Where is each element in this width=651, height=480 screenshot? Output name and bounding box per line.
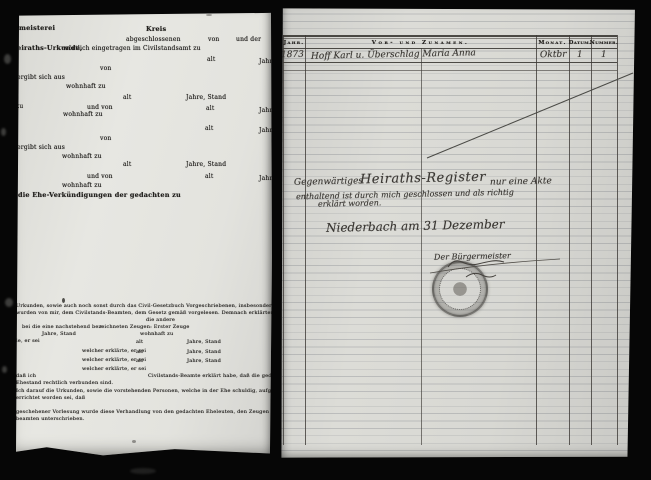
table-border-right	[617, 35, 618, 445]
form-fragment: Jahre,	[259, 108, 272, 114]
table-rule	[283, 62, 617, 63]
closing-note-line1-end: nur eine Akte	[490, 176, 552, 187]
form-fragment: alt	[136, 339, 143, 345]
form-fragment: Jahre, Stand	[186, 162, 226, 168]
form-fragment: abgeschlossenen	[126, 37, 181, 43]
table-column-line	[591, 35, 592, 445]
form-fragment: alt	[136, 358, 143, 364]
table-border-top	[283, 35, 617, 37]
table-column-line	[305, 35, 306, 445]
form-fragment: Jahre,	[259, 59, 272, 65]
form-fragment: ergibt sich aus	[17, 75, 65, 81]
form-fragment: Kreis	[146, 26, 166, 32]
form-fragment: die Ehe-Verkündigungen der gedachten zu	[18, 192, 181, 198]
table-border-left	[283, 35, 284, 445]
form-fragment: alt	[205, 126, 214, 132]
table-column-line	[569, 35, 570, 445]
scan-edge-blob	[130, 468, 156, 474]
form-fragment: wohnhaft zu	[63, 112, 103, 118]
left-page-print: meistereiKreisabgeschlossenenvonund dere…	[16, 12, 272, 458]
entry-year: 1873	[281, 50, 304, 60]
ink-smudge	[62, 298, 65, 303]
official-seal-stamp	[432, 261, 488, 317]
form-fragment: alt	[123, 95, 132, 101]
form-fragment: und von	[87, 174, 113, 180]
column-header-datum: Datum.	[569, 38, 591, 48]
form-fragment: wohnhaft zu	[62, 154, 102, 160]
closing-note-line1-start: Gegenwärtiges	[294, 176, 363, 187]
form-fragment: von	[100, 66, 111, 72]
form-fragment: wohnhaft zu	[66, 84, 106, 90]
scan-edge-blob	[1, 128, 6, 136]
form-fragment: meisterei	[19, 25, 55, 31]
form-fragment: alt	[136, 349, 143, 355]
entry-names: Hoff Karl u. Überschlag Maria Anna	[311, 48, 476, 61]
form-fragment: beamten unterschrieben.	[16, 416, 85, 422]
scanned-register-document: { "left_page": { "fragments": [ {"t":"me…	[0, 0, 651, 480]
form-fragment: Jahre, Stand	[42, 331, 76, 337]
signer-title: Der Bürgermeister	[434, 251, 511, 262]
form-fragment: Ich darauf die Urkunden, sowie die vorst…	[16, 388, 272, 394]
ink-smudge	[132, 440, 136, 443]
form-fragment: wohnhaft zu	[140, 331, 173, 337]
form-fragment: welcher erklärte, er sei	[82, 366, 146, 372]
entry-month: Oktbr	[540, 50, 567, 61]
form-fragment: wohnhaft zu	[62, 183, 102, 189]
form-fragment: daß ich	[16, 373, 36, 379]
form-fragment: Urkunden, sowie auch noch sonst durch da…	[16, 303, 272, 309]
column-header-monat: Monat.	[536, 38, 569, 48]
entry-number: 1	[601, 50, 607, 60]
ink-smudge	[100, 325, 102, 328]
entry-day: 1	[577, 50, 583, 60]
form-fragment: Ehestand rechtlich verbunden sind.	[16, 380, 113, 386]
cancellation-line	[427, 73, 633, 158]
seal-inner-ring	[439, 268, 481, 310]
column-header-jahr: Jahr.	[283, 38, 305, 48]
form-fragment: le, er sei	[16, 338, 40, 344]
closing-note-line1-register: Heiraths-Register	[360, 170, 486, 188]
table-column-line	[536, 35, 537, 445]
form-fragment: von	[100, 136, 111, 142]
place-date-line: Niederbach am 31 Dezember	[326, 217, 505, 235]
form-fragment: Jahre,	[259, 128, 272, 134]
form-fragment: zu	[16, 104, 23, 110]
scan-edge-blob	[4, 54, 11, 64]
form-fragment: Civilstands-Beamte erklärt habe, daß die…	[148, 373, 272, 379]
form-fragment: wörtlich eingetragen im Civilstandsamt z…	[63, 46, 201, 52]
form-fragment: Jahre, Stand	[187, 339, 221, 345]
ink-smudge	[206, 14, 212, 16]
form-fragment: errichtet worden sei, daß	[16, 395, 85, 401]
form-fragment: geschehener Vorlesung wurde diese Verhan…	[16, 409, 272, 415]
table-rule	[283, 70, 617, 71]
form-fragment: Jahre, Stand	[187, 358, 221, 364]
form-fragment: ergibt sich aus	[17, 145, 65, 151]
scan-edge-blob	[5, 298, 13, 307]
form-fragment: alt	[206, 106, 215, 112]
form-fragment: bei die eine nachstehend bezeichneten Ze…	[22, 324, 190, 330]
form-fragment: Jahre, Stand	[187, 349, 221, 355]
form-fragment: wurden von mir, dem Civilstands-Beamten,…	[16, 310, 272, 316]
column-header-nummer: Nummer.	[591, 38, 617, 48]
form-fragment: und der	[236, 37, 261, 43]
form-fragment: Jahre,	[259, 176, 272, 182]
form-fragment: Jahre, Stand	[186, 95, 226, 101]
scan-edge-blob	[2, 366, 7, 373]
left-page: meistereiKreisabgeschlossenenvonund dere…	[16, 12, 272, 458]
closing-note-line3: erklärt worden.	[318, 198, 382, 208]
form-fragment: alt	[205, 174, 214, 180]
form-fragment: alt	[207, 57, 216, 63]
table-column-line	[421, 48, 422, 445]
form-fragment: von	[208, 37, 219, 43]
form-fragment: die andere	[146, 317, 175, 323]
right-page: Jahr. Vor- und Zunamen. Monat. Datum. Nu…	[280, 7, 636, 459]
column-header-namen: Vor- und Zunamen.	[305, 38, 536, 48]
form-fragment: alt	[123, 162, 132, 168]
